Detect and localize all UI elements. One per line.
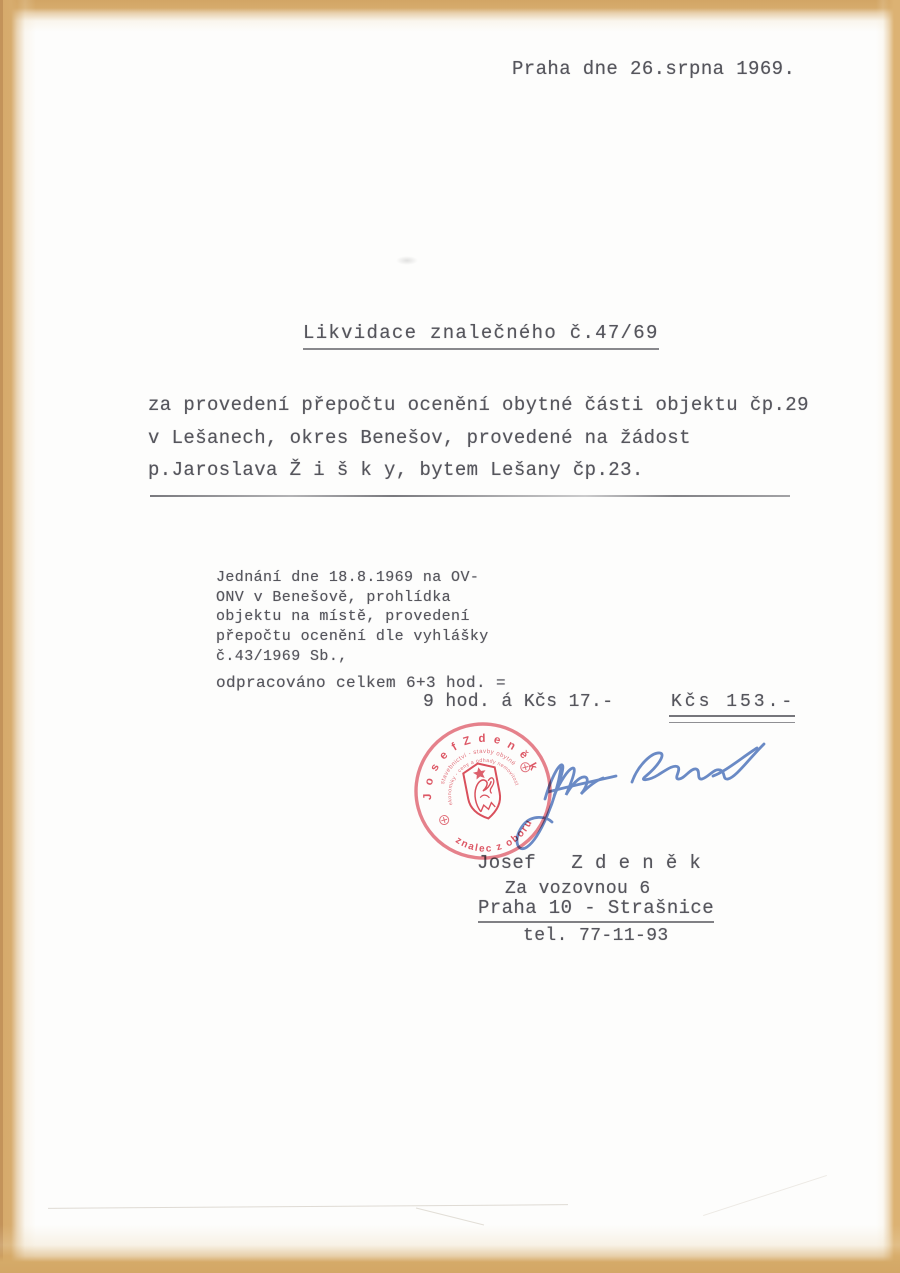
section-divider	[150, 495, 790, 497]
signer-phone: tel. 77-11-93	[523, 926, 669, 946]
crease-line	[703, 1175, 827, 1216]
hours-line: odpracováno celkem 6+3 hod. =	[216, 674, 506, 694]
intro-line: p.Jaroslava Ž i š k y, bytem Lešany čp.2…	[148, 459, 644, 481]
intro-line: za provedení přepočtu ocenění obytné čás…	[148, 394, 809, 416]
scanned-document-page: Praha dne 26.srpna 1969. Likvidace znale…	[0, 0, 900, 1273]
scan-smudge	[396, 256, 418, 265]
crease-line	[48, 1204, 568, 1209]
scan-border-top	[0, 0, 900, 32]
crease-line	[416, 1208, 484, 1226]
work-line: objektu na místě, provedení	[216, 607, 470, 627]
scan-border-right	[876, 0, 900, 1273]
signer-street: Za vozovnou 6	[505, 879, 651, 899]
work-line: přepočtu ocenění dle vyhlášky	[216, 627, 489, 647]
work-line: ONV v Benešově, prohlídka	[216, 588, 451, 608]
handwritten-signature	[430, 728, 790, 863]
signer-city: Praha 10 - Strašnice	[478, 897, 714, 923]
rate-line: 9 hod. á Kčs 17.-	[423, 692, 613, 712]
total-double-underline	[669, 715, 795, 723]
intro-line: v Lešanech, okres Benešov, provedené na …	[148, 427, 691, 449]
total-amount: Kčs 153.-	[671, 692, 795, 712]
date-line: Praha dne 26.srpna 1969.	[512, 58, 795, 80]
document-title: Likvidace znalečného č.47/69	[303, 322, 659, 350]
scan-border-bottom	[0, 1225, 900, 1273]
work-line: č.43/1969 Sb.,	[216, 647, 348, 667]
scan-border-left	[0, 0, 36, 1273]
work-line: Jednání dne 18.8.1969 na OV-	[216, 568, 479, 588]
